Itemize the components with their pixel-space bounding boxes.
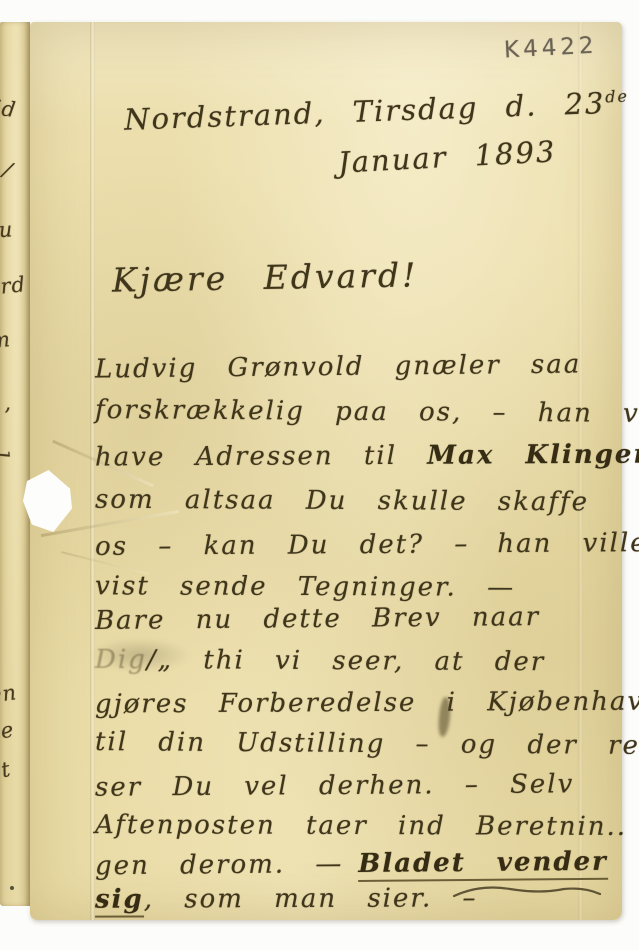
- pen-flourish: [452, 880, 602, 904]
- under-sheet-edge: spid / lu erd m ’ ] en le gt: [0, 22, 30, 906]
- body-line: ser Du vel derhen. – Selv: [95, 769, 574, 802]
- dateline-superscript: de: [605, 87, 629, 107]
- margin-fragment: lu: [0, 217, 14, 242]
- margin-fragment: ]: [0, 448, 13, 460]
- margin-fragment: /: [0, 157, 15, 182]
- body-line: forskrækkelig paa os, – han vil: [95, 395, 639, 429]
- body-line: have Adressen til Max Klinger,: [95, 440, 639, 473]
- body-line: Bare nu dette Brev naar: [95, 602, 540, 636]
- body-line: Aftenposten taer ind Beretnin..: [95, 810, 627, 842]
- body-line: Ludvig Grønvold gnæler saa: [95, 349, 582, 384]
- body-line: gjøres Forberedelse i Kjøbenhavn: [95, 687, 639, 720]
- catalog-number: K4422: [503, 33, 598, 64]
- margin-fragment: le: [0, 717, 16, 744]
- margin-fragment: spid: [0, 92, 18, 123]
- paper-tear: [23, 470, 72, 532]
- body-line: os – kan Du det? – han ville: [95, 528, 639, 562]
- letter-scan: spid / lu erd m ’ ] en le gt K4422 Nords…: [0, 0, 639, 950]
- body-line: til din Udstilling – og der rei: [95, 727, 639, 761]
- body-line: Dig/„ thi vi seer, at der: [95, 645, 545, 677]
- margin-fragment: gt: [0, 757, 13, 785]
- body-line: sig, som man sier. –: [95, 883, 478, 914]
- body-line: gen derom. — Bladet vender: [95, 847, 608, 881]
- margin-fragment: ’: [4, 404, 12, 428]
- margin-fragment: erd: [0, 272, 27, 300]
- margin-fragment: en: [0, 680, 18, 708]
- body-line: vist sende Tegninger. —: [95, 571, 515, 602]
- fold-crease: [578, 22, 583, 920]
- body-line: som altsaa Du skulle skaffe: [95, 485, 589, 518]
- pencil-speck: [10, 886, 14, 890]
- salutation: Kjære Edvard!: [112, 255, 419, 299]
- margin-fragment: m: [0, 327, 12, 353]
